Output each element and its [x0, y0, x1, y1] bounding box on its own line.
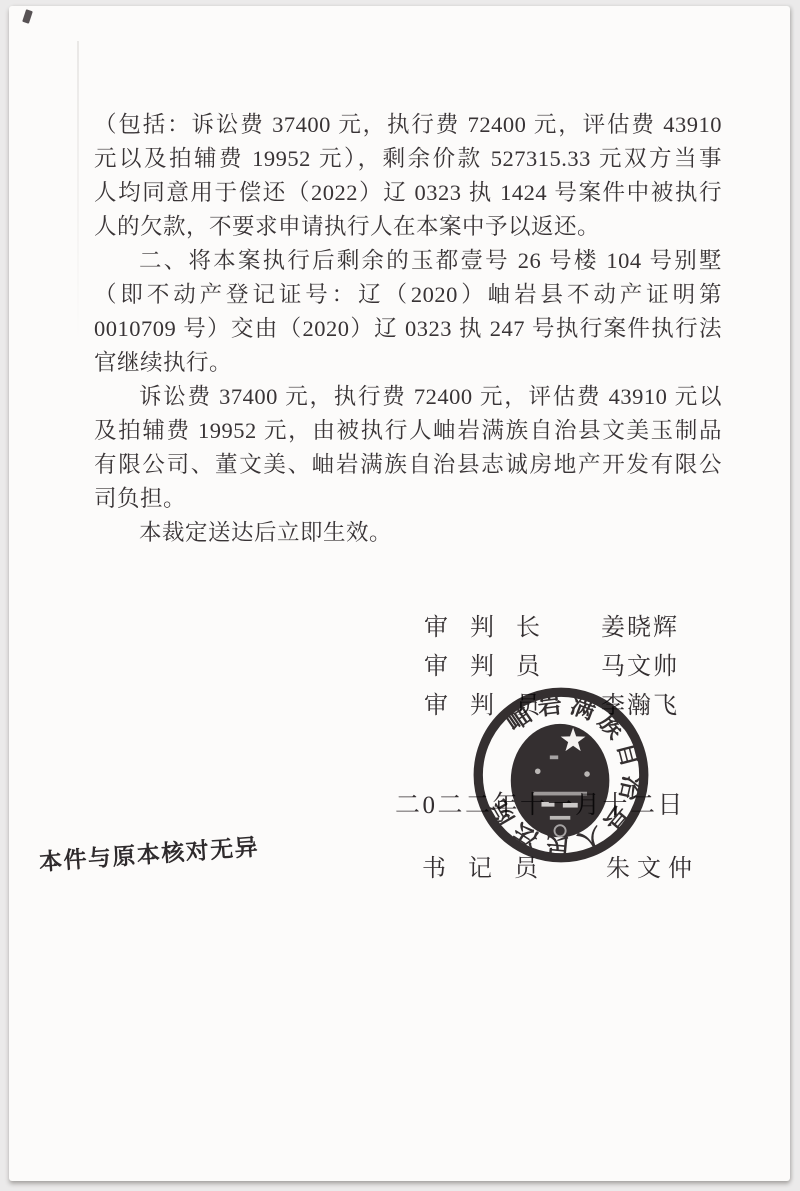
court-seal-stamp: 岫岩满族自治县人民法院 — [468, 682, 654, 868]
scan-artifact-mark — [22, 9, 33, 24]
ruling-paragraph-line: 人的欠款，不要求申请执行人在本案中予以返还。 — [94, 210, 722, 244]
ruling-body-text: （包括：诉讼费 37400 元，执行费 72400 元，评估费 43910 元以… — [94, 108, 722, 550]
ruling-paragraph-line: 0010709 号）交由（2020）辽 0323 执 247 号执行案件执行法 — [94, 312, 722, 346]
judge-role-label: 审判长 — [424, 607, 562, 642]
ruling-paragraph-line: （包括：诉讼费 37400 元，执行费 72400 元，评估费 43910 — [94, 108, 722, 142]
judge-row: 审判员 马文帅 — [424, 646, 679, 685]
ruling-paragraph-line: 司负担。 — [94, 482, 722, 516]
judge-role-label: 审判员 — [424, 646, 562, 681]
presiding-judge-row: 审判长 姜晓辉 — [424, 607, 679, 646]
ruling-paragraph-line: 诉讼费 37400 元，执行费 72400 元，评估费 43910 元以 — [94, 380, 722, 414]
ruling-paragraph-line: 人均同意用于偿还（2022）辽 0323 执 1424 号案件中被执行 — [94, 176, 722, 210]
ruling-paragraph-line: 官继续执行。 — [94, 346, 722, 380]
ruling-paragraph-line: 元以及拍辅费 19952 元），剩余价款 527315.33 元双方当事 — [94, 142, 722, 176]
judge-name: 马文帅 — [601, 646, 679, 681]
scanned-court-ruling: { "colors": { "paper": "#fcfbfa", "backd… — [0, 0, 800, 1191]
judge-name: 姜晓辉 — [601, 607, 679, 642]
paper-crease — [77, 41, 79, 341]
document-page: （包括：诉讼费 37400 元，执行费 72400 元，评估费 43910 元以… — [9, 6, 790, 1181]
ruling-paragraph-line: 及拍辅费 19952 元，由被执行人岫岩满族自治县文美玉制品 — [94, 414, 722, 448]
ruling-paragraph-line: （即不动产登记证号：辽（2020）岫岩县不动产证明第 — [94, 278, 722, 312]
national-emblem-icon — [511, 724, 610, 837]
verification-note-handwritten: 本件与原本核对无异 — [38, 829, 260, 877]
ruling-paragraph-line: 本裁定送达后立即生效。 — [94, 516, 722, 550]
ruling-paragraph-line: 二、将本案执行后剩余的玉都壹号 26 号楼 104 号别墅 — [94, 244, 722, 278]
ruling-paragraph-line: 有限公司、董文美、岫岩满族自治县志诚房地产开发有限公 — [94, 448, 722, 482]
